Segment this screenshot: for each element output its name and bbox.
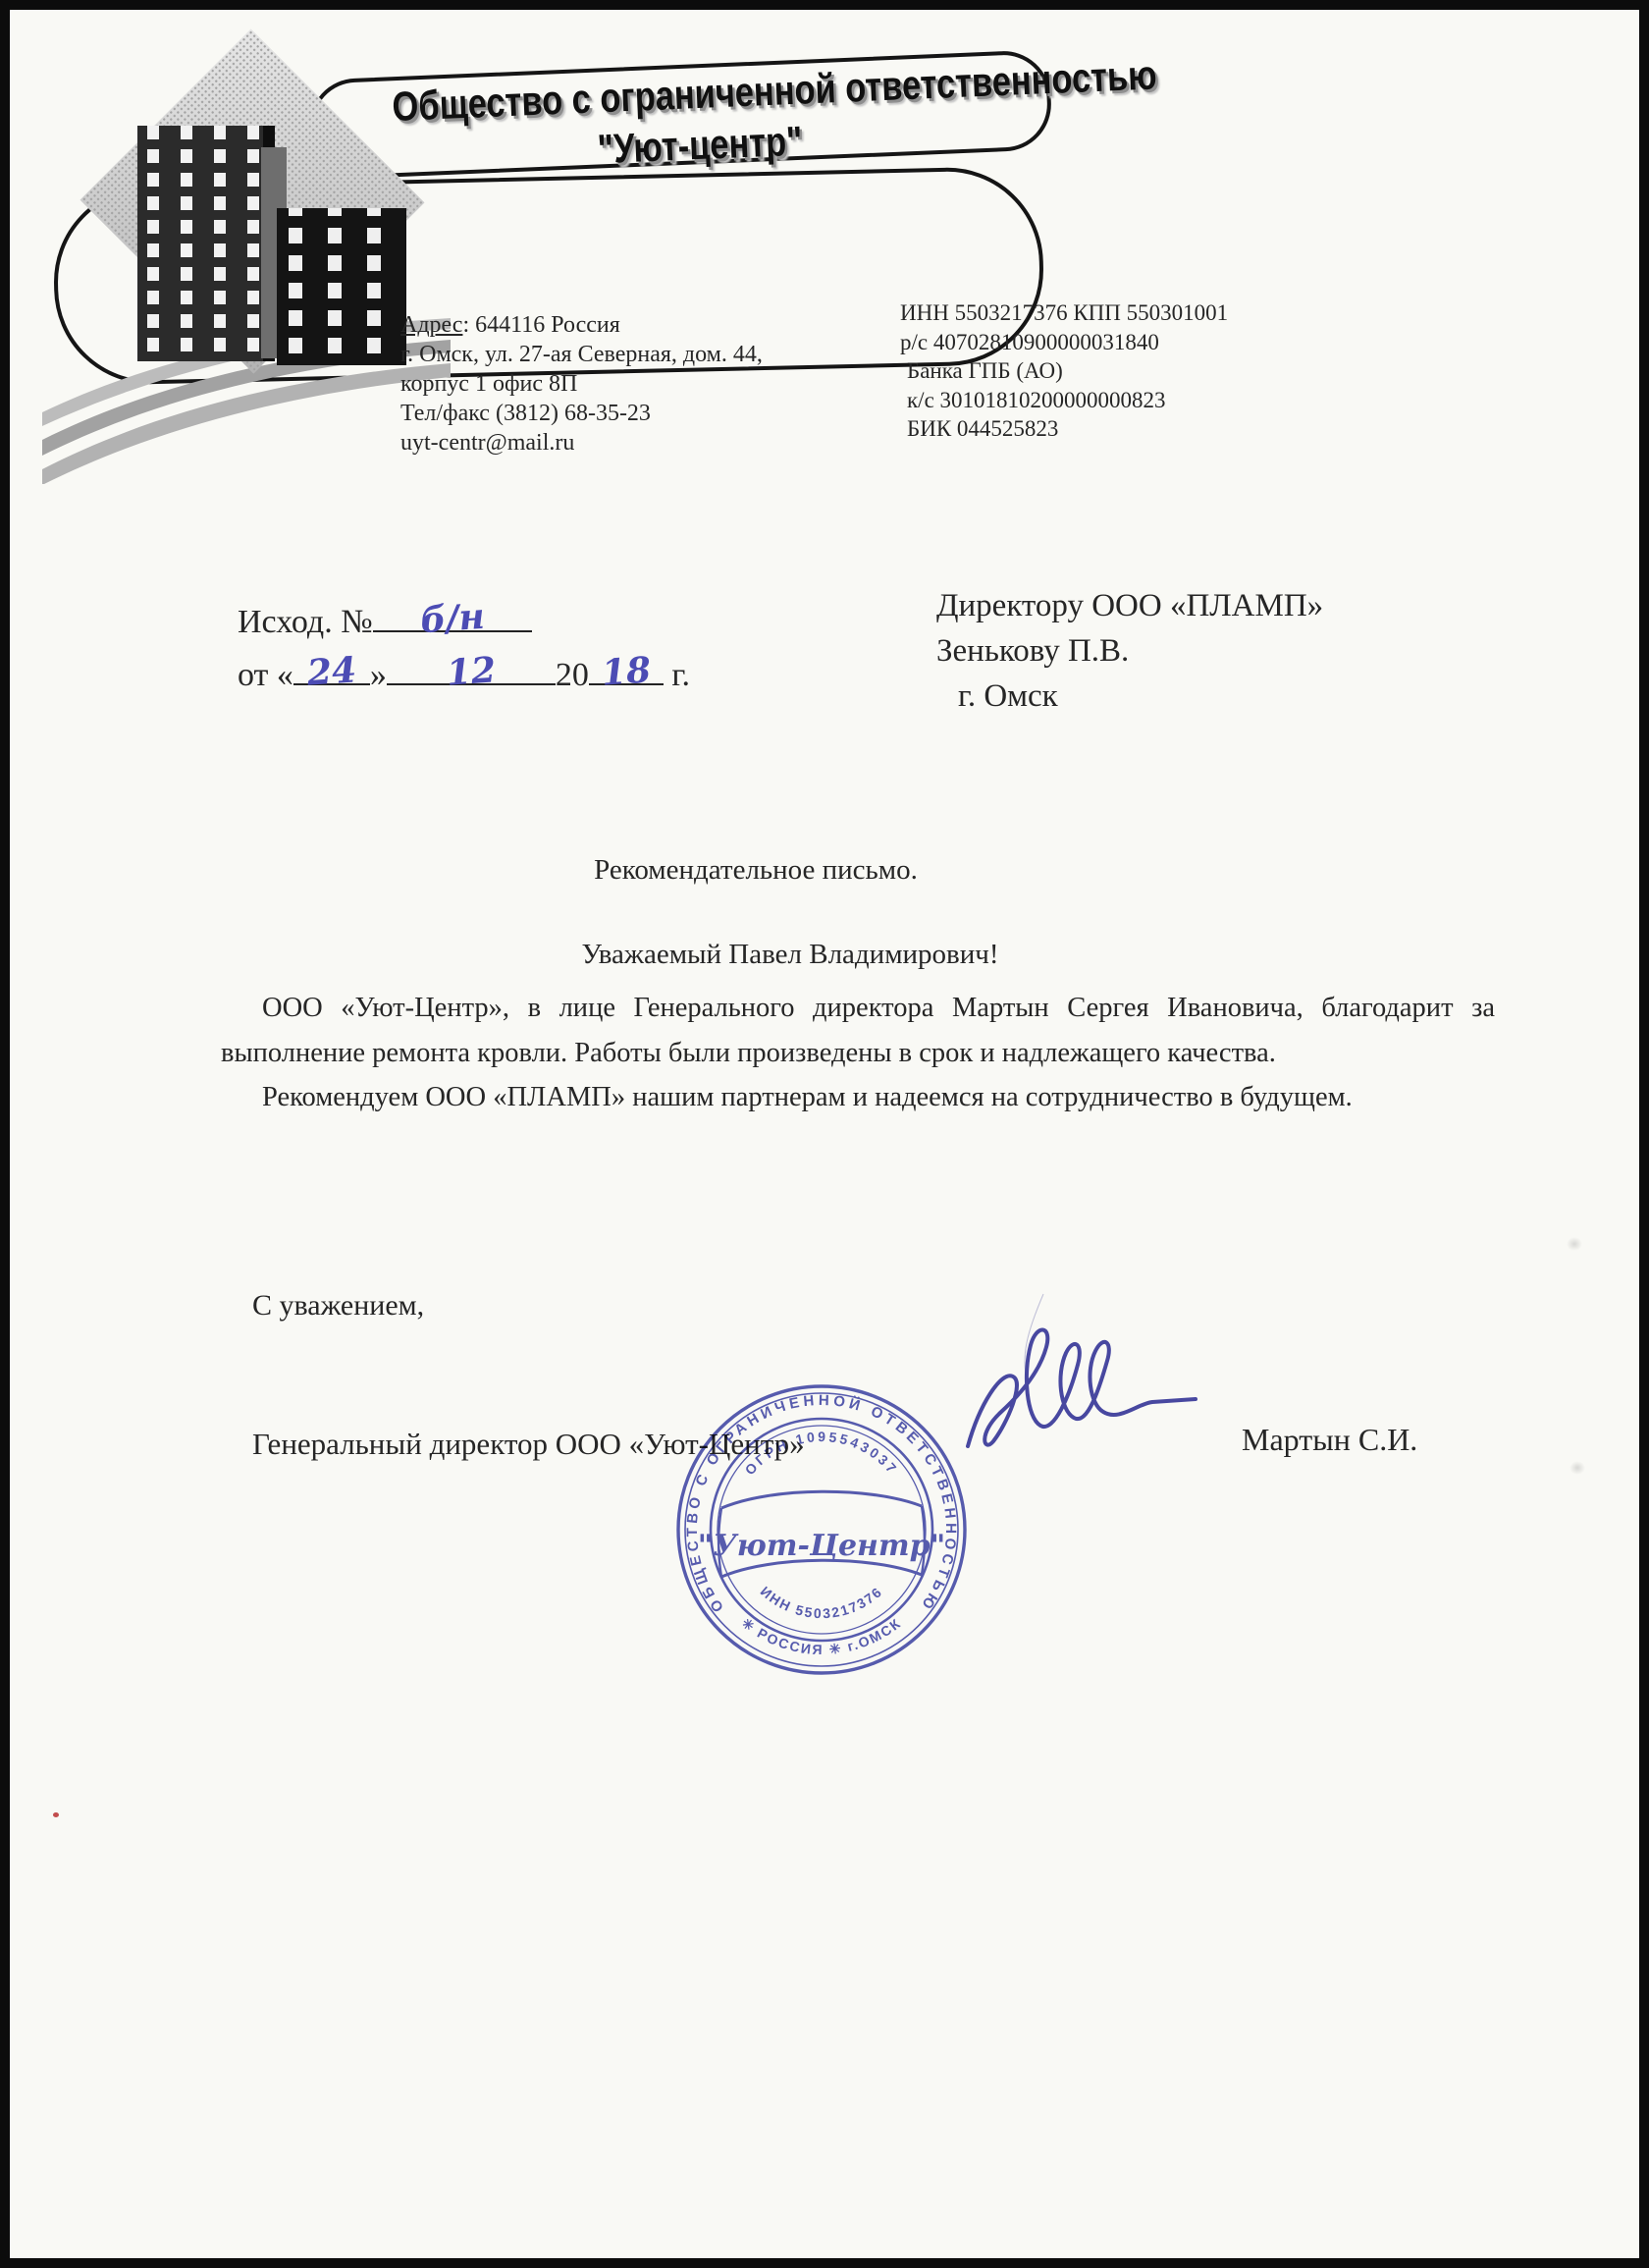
date-suffix: г. xyxy=(671,657,690,693)
date-day-blank: 24 xyxy=(293,648,370,685)
bank-details-block: ИНН 5503217376 КПП 550301001 р/с 4070281… xyxy=(900,298,1228,444)
outgoing-date-line: от «24»122018 г. xyxy=(238,648,690,701)
outgoing-number-line: Исход. №б/н xyxy=(238,595,690,648)
bank-account: р/с 40702810900000031840 xyxy=(900,328,1228,357)
logo-building-right-icon xyxy=(277,208,406,365)
addressee-block: Директору ООО «ПЛАМП» Зенькову П.В. г. О… xyxy=(936,583,1323,719)
outgoing-label: Исход. № xyxy=(238,604,373,640)
body-paragraph-1: ООО «Уют-Центр», в лице Генерального дир… xyxy=(221,986,1495,1075)
bank-inn-kpp: ИНН 5503217376 КПП 550301001 xyxy=(900,298,1228,328)
date-close-quote: » xyxy=(370,657,387,693)
stamp-center-name: "Уют-Центр" xyxy=(698,1529,946,1563)
date-year-handwritten: 18 xyxy=(588,649,665,693)
stamp-inn-text: ИНН 5503217376 xyxy=(758,1583,886,1621)
scan-smudge-2 xyxy=(1569,1461,1585,1475)
outgoing-number-blank: б/н xyxy=(373,595,532,632)
letter-body: ООО «Уют-Центр», в лице Генерального дир… xyxy=(221,986,1495,1120)
address-block: Адрес: 644116 Россия г. Омск, ул. 27-ая … xyxy=(400,310,763,458)
closing-regards: С уважением, xyxy=(252,1289,424,1323)
salutation: Уважаемый Павел Владимирович! xyxy=(186,939,1394,971)
date-day-handwritten: 24 xyxy=(293,649,372,693)
logo-building-left-icon xyxy=(137,126,275,361)
addressee-line-3: г. Омск xyxy=(958,674,1323,719)
date-from-label: от « xyxy=(238,657,293,693)
company-round-stamp: ОБЩЕСТВО С ОГРАНИЧЕННОЙ ОТВЕТСТВЕННОСТЬЮ… xyxy=(674,1382,969,1677)
date-month-handwritten: 12 xyxy=(386,646,557,697)
address-line-2: г. Омск, ул. 27-ая Северная, дом. 44, xyxy=(400,340,763,369)
addressee-line-2: Зенькову П.В. xyxy=(936,628,1323,674)
bank-name: Банка ГПБ (АО) xyxy=(907,356,1228,386)
outgoing-number-handwritten: б/н xyxy=(371,593,532,643)
body-paragraph-2: Рекомендуем ООО «ПЛАМП» нашим партнерам … xyxy=(221,1075,1495,1120)
red-ink-speck xyxy=(53,1812,59,1817)
signer-name: Мартын С.И. xyxy=(1242,1422,1417,1458)
date-year-blank: 18 xyxy=(589,648,664,685)
address-line-5: uyt-centr@mail.ru xyxy=(400,428,763,458)
letter-title: Рекомендательное письмо. xyxy=(157,854,1355,887)
address-value: : 644116 Россия xyxy=(462,312,619,338)
reference-block: Исход. №б/н от «24»122018 г. xyxy=(238,595,690,701)
address-line-1: Адрес: 644116 Россия xyxy=(400,310,763,340)
scanned-letter-page: Общество с ограниченной ответственностью… xyxy=(0,0,1649,2268)
addressee-line-1: Директору ООО «ПЛАМП» xyxy=(936,583,1323,628)
address-line-4: Тел/факс (3812) 68-35-23 xyxy=(400,399,763,428)
address-label: Адрес xyxy=(400,312,462,338)
stamp-ogrn-text: ОГРН 1095543037 xyxy=(742,1429,902,1478)
scan-smudge-1 xyxy=(1567,1237,1582,1251)
director-signature xyxy=(950,1284,1245,1471)
bank-corr-account: к/с 30101810200000000823 xyxy=(907,386,1228,415)
bank-bik: БИК 044525823 xyxy=(907,414,1228,444)
date-century: 20 xyxy=(556,657,589,693)
address-line-3: корпус 1 офис 8П xyxy=(400,369,763,399)
date-month-blank: 12 xyxy=(387,648,556,685)
